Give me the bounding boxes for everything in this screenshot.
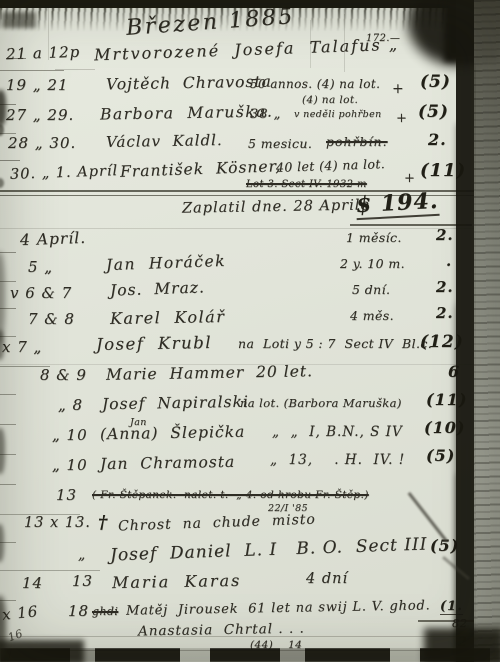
entry-date: 30. „ 1. Apríl: [10, 164, 119, 182]
ruled-line: [0, 570, 100, 571]
entry-name: Václav Kaldl.: [106, 133, 223, 150]
cross-mark: +: [392, 82, 405, 96]
entry-details: 4 dní: [306, 572, 348, 587]
entry-amount: 2.: [436, 306, 454, 321]
entry-date-alt: 13: [72, 574, 93, 589]
ink-blotch: [2, 12, 36, 28]
entry-date: 19 „ 21: [6, 78, 68, 93]
entry-details: „ 13, . H. IV. !: [270, 454, 405, 468]
entry-name: Josef Daniel L. I B. O. Sect III: [110, 536, 428, 564]
entry-name: Jan Chramosta: [100, 455, 235, 473]
entry-struck-note: ( Fr. Štěpanek. nalet. t. „ 4. od hrobu …: [92, 490, 369, 501]
entry-name: František Kösner,: [120, 159, 282, 180]
entry-date: 27 „ 29.: [6, 108, 74, 123]
entry-details: 40 let (4) na lot.: [276, 158, 386, 174]
payment-label: Zaplatil dne. 28 Aprile: [182, 198, 370, 216]
ruled-line: [0, 70, 64, 71]
entry-name: Chrost na chude misto: [118, 513, 316, 534]
entry-date: x 7 „: [2, 340, 42, 355]
entry-details: 50 annos. (4) na lot.: [250, 78, 380, 90]
entry-name: Vojtěch Chravosta: [106, 75, 272, 93]
entry-date: 7 & 8: [28, 312, 75, 327]
ink-blotch: [0, 124, 4, 136]
entry-details: 5 dní.: [352, 284, 390, 297]
entry-date: 21 a 12p: [6, 45, 81, 63]
entry-date: v 6 & 7: [10, 286, 72, 301]
entry-date-alt: 18: [68, 604, 89, 619]
ruled-line: [0, 394, 16, 395]
bottom-right-blotch: [424, 628, 500, 662]
ledger-number: 172.—: [366, 34, 400, 44]
fold-line: [344, 14, 345, 72]
entry-date: 14: [22, 576, 43, 591]
entry-details: 38 „: [250, 108, 281, 121]
ruled-line: [0, 160, 20, 161]
ink-blotch: [0, 252, 5, 342]
ink-blotch: [0, 524, 4, 562]
entry-details: „ „ I, B.N., S IV: [272, 426, 403, 440]
entry-details: 4 měs.: [350, 310, 394, 323]
entry-struck-word: ghdi: [92, 606, 118, 617]
entry-amount: (5): [418, 104, 449, 121]
entry-name: Karel Kolář: [110, 309, 226, 327]
cross-mark: +: [396, 112, 408, 125]
entry-name: (Anna) Šlepička: [100, 425, 246, 443]
entry-date: „ 10: [52, 428, 88, 443]
entry-details: 5 mesicu.: [248, 138, 312, 151]
cross-mark: +: [404, 172, 416, 185]
entry-name: Maria Karas: [112, 573, 242, 591]
entry-name: Anastasia Chrtal . . .: [138, 623, 305, 639]
entry-name: Marie Hammer 20 let.: [106, 364, 313, 383]
entry-amount: 2.: [436, 228, 454, 243]
right-border-band: [456, 0, 476, 662]
entry-name: Josef Krubl: [96, 335, 212, 354]
ledger-page-photo: Březen 1885 21 a 12p Mrtvorozené Josefa …: [0, 0, 500, 662]
entry-note: v neděli pohřben: [294, 110, 382, 120]
ink-blotch: [0, 428, 5, 474]
entry-details: na Loti y 5 : 7 Sect IV Bl.c.: [238, 338, 432, 351]
entry-date: 28 „ 30.: [8, 136, 76, 151]
ruled-line: [0, 484, 16, 485]
entry-date: 4 Apríl.: [20, 231, 87, 249]
entry-name: Josef Napiralski: [102, 395, 249, 413]
ruled-line: [55, 69, 95, 70]
entry-details: na lot. (Barbora Maruška): [240, 398, 402, 410]
fold-line: [48, 8, 49, 60]
entry-date: 13 x 13.: [24, 516, 91, 531]
entry-struck-word: pohřbín.: [326, 136, 388, 149]
entry-date: 13: [56, 488, 77, 503]
right-gutter-noise: [474, 0, 500, 662]
entry-details: 1 měsíc.: [346, 232, 402, 245]
entry-correction: (4) na lot.: [302, 95, 358, 106]
bottom-left-blotch: [0, 640, 84, 662]
payment-amount: $ 194.: [355, 190, 439, 220]
entry-details: 2 y. 10 m.: [340, 258, 405, 271]
entry-name: Jos. Mraz.: [110, 280, 205, 299]
fold-line: [310, 20, 311, 68]
ink-blotch: [0, 178, 4, 188]
ruled-line: [0, 424, 16, 425]
entry-name: Matěj Jirousek 61 let na swij L. V. ghod…: [126, 599, 431, 617]
entry-name: Barbora Maruška.: [100, 104, 274, 123]
ruled-line: [0, 252, 16, 253]
entry-struck-note: Lot 3. Sect IV. 1932 m: [246, 180, 367, 190]
entry-amount: (5): [426, 448, 455, 464]
entry-amount: 2.: [436, 280, 454, 295]
entry-name: Jan Horáček: [106, 254, 227, 274]
entry-date: 5 „: [28, 260, 53, 275]
entry-amount: (5): [420, 74, 451, 91]
entry-name: Mrtvorozené Josefa Talafus „: [94, 37, 399, 64]
entry-date: 8 & 9: [40, 368, 87, 383]
cross-icon: †: [98, 514, 108, 532]
entry-date: x 16: [1, 604, 39, 623]
entry-amount: .: [446, 254, 452, 269]
entry-interline: Jan: [130, 418, 147, 428]
entry-date: „ 10: [52, 458, 88, 473]
entry-date: „: [78, 548, 86, 562]
entry-amount: 2.: [428, 132, 447, 148]
entry-date: „ 8: [58, 398, 83, 413]
photo-vignette: [0, 0, 500, 662]
